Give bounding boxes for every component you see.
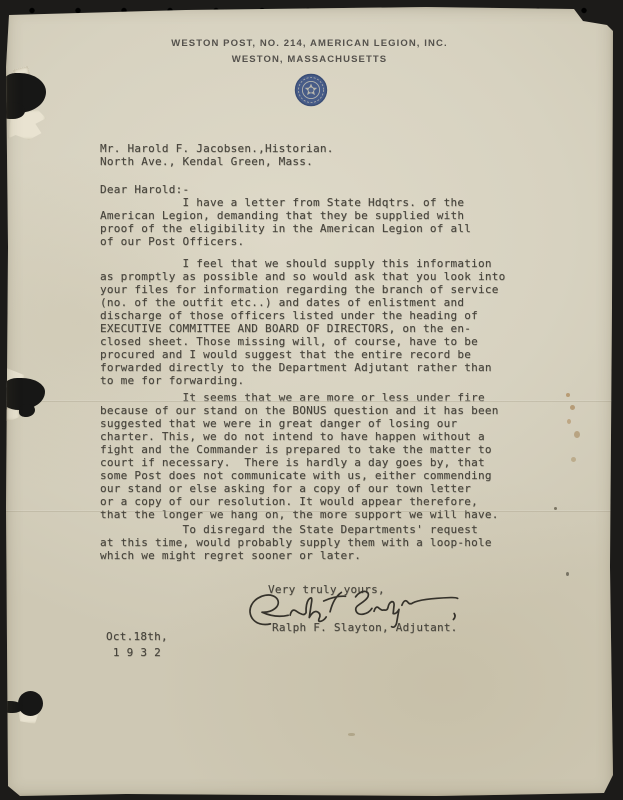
foxing-stain [570, 405, 575, 410]
scan-background: WESTON POST, NO. 214, AMERICAN LEGION, I… [0, 0, 623, 800]
paper-speck [566, 572, 569, 576]
foxing-stain [567, 419, 571, 424]
foxing-stain [566, 393, 570, 397]
foxing-stain [574, 431, 580, 438]
letterhead-location: WESTON, MASSACHUSETTS [6, 54, 613, 65]
paragraph-1: I have a letter from State Hdqtrs. of th… [100, 196, 471, 248]
date-line: Oct.18th, 1 9 3 2 [106, 629, 168, 661]
typed-signature-name: Ralph F. Slayton, Adjutant. [272, 621, 458, 634]
paper-speck [554, 507, 557, 510]
paragraph-4: To disregard the State Departments' requ… [100, 523, 492, 562]
torn-hole-bottom-left [18, 691, 43, 716]
letterhead-org-name: WESTON POST, NO. 214, AMERICAN LEGION, I… [6, 38, 613, 49]
letter-page: WESTON POST, NO. 214, AMERICAN LEGION, I… [6, 7, 613, 796]
salutation: Dear Harold:- [100, 183, 189, 196]
paragraph-2: I feel that we should supply this inform… [100, 257, 505, 387]
torn-hole-bottom-left [0, 701, 23, 713]
torn-hole-middle-left [19, 404, 35, 417]
paper-smudge [348, 733, 355, 736]
american-legion-seal-icon [294, 73, 328, 107]
torn-hole-top-left [0, 102, 25, 119]
paragraph-3: It seems that we are more or less under … [100, 391, 499, 521]
recipient-address: Mr. Harold F. Jacobsen.,Historian. North… [100, 142, 334, 168]
foxing-stain [571, 457, 576, 462]
